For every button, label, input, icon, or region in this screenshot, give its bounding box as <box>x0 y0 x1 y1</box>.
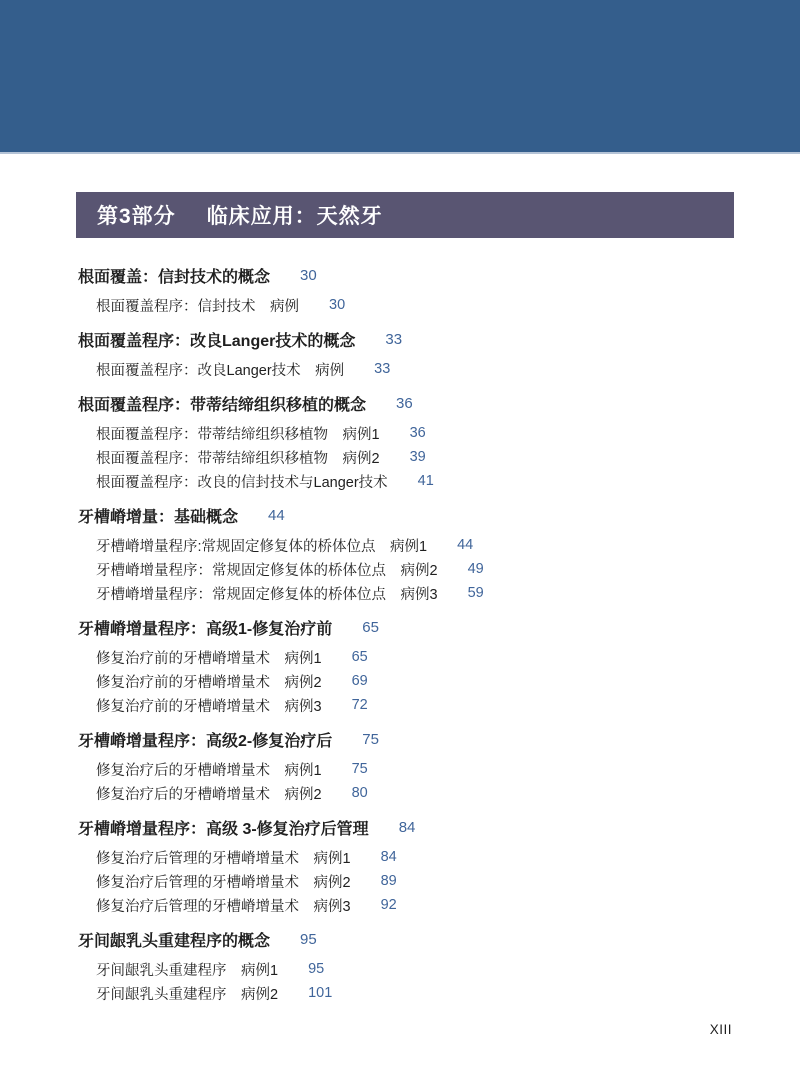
toc-entry-text: 牙槽嵴增量程序：常规固定修复体的桥体位点 病例3 <box>96 583 438 604</box>
toc-entry[interactable]: 修复治疗后管理的牙槽嵴增量术 病例392 <box>78 893 768 917</box>
toc-page-number: 72 <box>352 697 368 713</box>
toc-page-number: 36 <box>410 425 426 441</box>
toc-entry-text: 根面覆盖程序：带蒂结缔组织移植物 病例1 <box>96 423 380 444</box>
part-title-text: 临床应用：天然牙 <box>207 200 383 230</box>
toc-entry[interactable]: 根面覆盖程序：改良的信封技术与Langer技术41 <box>78 469 768 493</box>
toc-section-heading[interactable]: 根面覆盖程序：带蒂结缔组织移植的概念36 <box>78 391 768 415</box>
toc-page-number: 69 <box>352 673 368 689</box>
book-toc-page: 第3部分 临床应用：天然牙 根面覆盖：信封技术的概念30根面覆盖程序：信封技术 … <box>0 0 800 1086</box>
toc-entry-text: 牙槽嵴增量程序：高级 3-修复治疗后管理 <box>78 816 369 839</box>
toc-section-heading[interactable]: 牙槽嵴增量程序：高级 3-修复治疗后管理84 <box>78 815 768 839</box>
toc-entry[interactable]: 修复治疗后管理的牙槽嵴增量术 病例289 <box>78 869 768 893</box>
toc-page-number: 33 <box>385 331 402 348</box>
toc-page-number: 36 <box>396 395 413 412</box>
toc-section-heading[interactable]: 牙槽嵴增量：基础概念44 <box>78 503 768 527</box>
toc-entry[interactable]: 根面覆盖程序：带蒂结缔组织移植物 病例239 <box>78 445 768 469</box>
toc-entry-text: 根面覆盖程序：改良的信封技术与Langer技术 <box>96 471 388 492</box>
toc-page-number: 75 <box>352 761 368 777</box>
toc-entry-text: 牙槽嵴增量程序:常规固定修复体的桥体位点 病例1 <box>96 535 427 556</box>
toc-page-number: 84 <box>381 849 397 865</box>
table-of-contents: 根面覆盖：信封技术的概念30根面覆盖程序：信封技术 病例30根面覆盖程序：改良L… <box>78 263 768 1005</box>
toc-page-number: 84 <box>399 819 416 836</box>
toc-entry-text: 牙间龈乳头重建程序的概念 <box>78 928 270 951</box>
toc-page-number: 39 <box>410 449 426 465</box>
toc-entry-text: 根面覆盖程序：改良Langer技术 病例 <box>96 359 344 380</box>
toc-entry[interactable]: 牙槽嵴增量程序：常规固定修复体的桥体位点 病例359 <box>78 581 768 605</box>
toc-entry-text: 牙槽嵴增量程序：常规固定修复体的桥体位点 病例2 <box>96 559 438 580</box>
toc-entry-text: 修复治疗后管理的牙槽嵴增量术 病例1 <box>96 847 351 868</box>
toc-entry[interactable]: 根面覆盖程序：信封技术 病例30 <box>78 293 768 317</box>
toc-entry[interactable]: 修复治疗前的牙槽嵴增量术 病例269 <box>78 669 768 693</box>
toc-page-number: 65 <box>362 619 379 636</box>
toc-entry-text: 根面覆盖程序：带蒂结缔组织移植物 病例2 <box>96 447 380 468</box>
toc-entry-text: 根面覆盖程序：改良Langer技术的概念 <box>78 328 355 351</box>
toc-page-number: 30 <box>300 267 317 284</box>
toc-page-number: 59 <box>468 585 484 601</box>
toc-entry[interactable]: 修复治疗后的牙槽嵴增量术 病例175 <box>78 757 768 781</box>
toc-section-heading[interactable]: 牙槽嵴增量程序：高级2-修复治疗后75 <box>78 727 768 751</box>
toc-page-number: 89 <box>381 873 397 889</box>
toc-entry-text: 修复治疗后的牙槽嵴增量术 病例1 <box>96 759 322 780</box>
toc-entry[interactable]: 根面覆盖程序：改良Langer技术 病例33 <box>78 357 768 381</box>
toc-entry-text: 修复治疗后管理的牙槽嵴增量术 病例2 <box>96 871 351 892</box>
toc-page-number: 92 <box>381 897 397 913</box>
toc-entry-text: 牙槽嵴增量：基础概念 <box>78 504 238 527</box>
folio-page-number: XIII <box>710 1022 732 1037</box>
part-number-label: 第3部分 <box>97 200 176 230</box>
toc-section-heading[interactable]: 牙槽嵴增量程序：高级1-修复治疗前65 <box>78 615 768 639</box>
toc-entry[interactable]: 修复治疗后的牙槽嵴增量术 病例280 <box>78 781 768 805</box>
toc-entry-text: 牙间龈乳头重建程序 病例2 <box>96 983 278 1004</box>
toc-page-number: 80 <box>352 785 368 801</box>
toc-page-number: 65 <box>352 649 368 665</box>
toc-entry[interactable]: 修复治疗前的牙槽嵴增量术 病例372 <box>78 693 768 717</box>
toc-entry[interactable]: 修复治疗前的牙槽嵴增量术 病例165 <box>78 645 768 669</box>
toc-entry[interactable]: 牙槽嵴增量程序:常规固定修复体的桥体位点 病例144 <box>78 533 768 557</box>
part-title-banner: 第3部分 临床应用：天然牙 <box>76 192 734 238</box>
toc-section-heading[interactable]: 根面覆盖程序：改良Langer技术的概念33 <box>78 327 768 351</box>
toc-page-number: 95 <box>308 961 324 977</box>
toc-section-heading[interactable]: 根面覆盖：信封技术的概念30 <box>78 263 768 287</box>
toc-entry[interactable]: 牙槽嵴增量程序：常规固定修复体的桥体位点 病例249 <box>78 557 768 581</box>
toc-entry[interactable]: 根面覆盖程序：带蒂结缔组织移植物 病例136 <box>78 421 768 445</box>
toc-entry[interactable]: 牙间龈乳头重建程序 病例2101 <box>78 981 768 1005</box>
toc-page-number: 49 <box>468 561 484 577</box>
toc-entry-text: 牙槽嵴增量程序：高级1-修复治疗前 <box>78 616 332 639</box>
toc-page-number: 41 <box>418 473 434 489</box>
toc-page-number: 44 <box>268 507 285 524</box>
toc-entry-text: 修复治疗前的牙槽嵴增量术 病例1 <box>96 647 322 668</box>
toc-entry[interactable]: 牙间龈乳头重建程序 病例195 <box>78 957 768 981</box>
toc-page-number: 33 <box>374 361 390 377</box>
toc-entry-text: 根面覆盖程序：带蒂结缔组织移植的概念 <box>78 392 366 415</box>
toc-page-number: 101 <box>308 985 332 1001</box>
chapter-header-block <box>0 0 800 154</box>
toc-section-heading[interactable]: 牙间龈乳头重建程序的概念95 <box>78 927 768 951</box>
toc-page-number: 95 <box>300 931 317 948</box>
toc-page-number: 75 <box>362 731 379 748</box>
toc-entry-text: 牙间龈乳头重建程序 病例1 <box>96 959 278 980</box>
toc-entry-text: 修复治疗后管理的牙槽嵴增量术 病例3 <box>96 895 351 916</box>
toc-page-number: 44 <box>457 537 473 553</box>
toc-entry-text: 修复治疗后的牙槽嵴增量术 病例2 <box>96 783 322 804</box>
toc-entry-text: 修复治疗前的牙槽嵴增量术 病例3 <box>96 695 322 716</box>
toc-entry-text: 根面覆盖程序：信封技术 病例 <box>96 295 299 316</box>
toc-entry[interactable]: 修复治疗后管理的牙槽嵴增量术 病例184 <box>78 845 768 869</box>
toc-page-number: 30 <box>329 297 345 313</box>
toc-entry-text: 修复治疗前的牙槽嵴增量术 病例2 <box>96 671 322 692</box>
toc-entry-text: 牙槽嵴增量程序：高级2-修复治疗后 <box>78 728 332 751</box>
toc-entry-text: 根面覆盖：信封技术的概念 <box>78 264 270 287</box>
